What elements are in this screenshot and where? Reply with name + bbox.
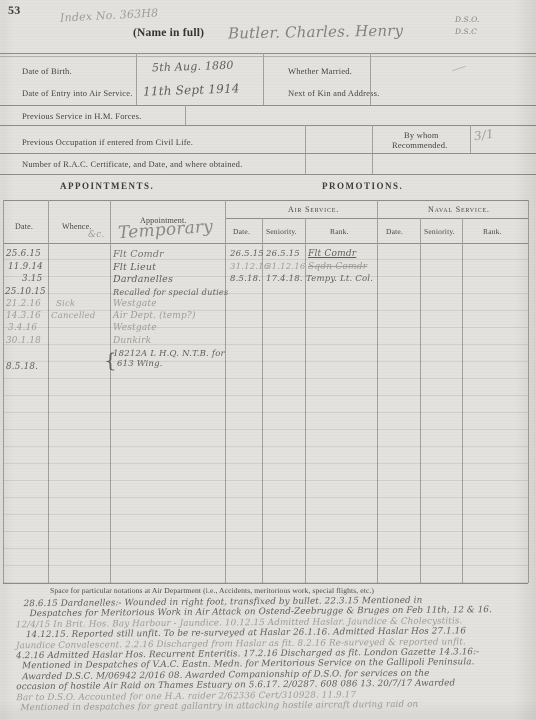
rule [3, 243, 528, 244]
appt-value-line2: 613 Wing. [117, 359, 163, 369]
grid-line [462, 218, 463, 583]
col-air-rank: Rank. [330, 227, 349, 236]
appt-value: Westgate [113, 323, 157, 333]
appt-value: Flt Comdr [113, 249, 164, 260]
promo-date: 31.12.16 [230, 262, 269, 272]
grid-line [136, 53, 137, 105]
appt-date: 8.5.18. [6, 362, 38, 372]
grid-line [305, 125, 306, 174]
appt-date: 14.3.16 [6, 311, 41, 321]
promo-rank: Sqdn Comdr [308, 262, 367, 272]
table-top-rule [3, 200, 528, 201]
col-air-seniority: Seniority. [266, 227, 297, 236]
appt-date: 3.15 [22, 274, 42, 284]
appt-value: Air Dept. (temp?) [113, 311, 196, 321]
dob-value: 5th Aug. 1880 [152, 59, 234, 75]
appt-date: 30.1.18 [6, 336, 41, 346]
prev-service-label: Previous Service in H.M. Forces. [22, 111, 141, 121]
appt-value: Dunkirk [113, 336, 151, 346]
grid-line [110, 200, 111, 583]
married-label: Whether Married. [288, 66, 352, 76]
entry-value: 11th Sept 1914 [143, 81, 240, 98]
col-naval-rank: Rank. [483, 227, 502, 236]
dob-label: Date of Birth. [22, 66, 72, 76]
col-naval-date: Date. [386, 227, 403, 236]
grid-line [263, 53, 264, 105]
appt-date: 21.2.16 [6, 299, 41, 309]
appt-value: Recalled for special duties [113, 287, 228, 297]
rule [0, 56, 536, 57]
grid-line [370, 53, 371, 105]
appt-date: 25.6.15 [6, 249, 46, 259]
rule [0, 174, 536, 175]
col-air-date: Date. [233, 227, 250, 236]
appt-value: Westgate [113, 299, 157, 309]
grid-line [225, 200, 226, 583]
nok-label: Next of Kin and Address. [288, 88, 379, 98]
appointments-title: APPOINTMENTS. [60, 181, 154, 191]
appointment-note: Temporary [117, 217, 213, 244]
grid-line [372, 125, 373, 174]
promo-seniority: 17.4.18. [266, 274, 303, 284]
appt-whence: Sick [56, 299, 75, 309]
index-number: Index No. 363H8 [60, 6, 159, 24]
appt-date: 11.9.14 [8, 262, 43, 272]
rule [0, 153, 536, 154]
ledger-ruling [3, 243, 528, 583]
promo-date: 26.5.15 [230, 249, 264, 259]
promo-seniority: 26.5.15 [266, 249, 300, 259]
recommended-value: 3/1 [473, 127, 495, 144]
faint-pencil-mark [452, 66, 466, 71]
appt-date: 25.10.15 [5, 287, 46, 297]
rule [0, 125, 536, 126]
rac-label: Number of R.A.C. Certificate, and Date, … [22, 159, 242, 169]
appt-value: Dardanelles [113, 274, 173, 285]
grid-line [185, 105, 186, 125]
promo-date: 8.5.18. [230, 274, 261, 284]
col-naval-service: Naval Service. [428, 205, 490, 214]
grid-line [420, 218, 421, 583]
prev-occupation-label: Previous Occupation if entered from Civi… [22, 137, 193, 147]
promotions-title: PROMOTIONS. [322, 181, 403, 191]
name-label: (Name in full) [133, 27, 204, 39]
appt-value: 18212A L H.Q. N.T.B. for [113, 349, 225, 359]
grid-line [305, 218, 306, 583]
recommended-label-2: Recommended. [392, 140, 448, 150]
recommended-label-1: By whom [404, 130, 439, 140]
table-bottom-rule [3, 583, 528, 584]
col-date: Date. [15, 222, 33, 231]
honour-dso: D.S.O. [455, 15, 480, 24]
rule [0, 53, 536, 54]
promo-rank: Tempy. Lt. Col. [306, 274, 373, 284]
entry-label: Date of Entry into Air Service. [22, 88, 133, 98]
service-record-page: 53 Index No. 363H8 (Name in full) Butler… [0, 0, 536, 720]
whence-note: &c. [88, 230, 105, 240]
page-number: 53 [8, 3, 20, 18]
appt-date: 3.4.16 [8, 323, 37, 333]
grid-line [48, 200, 49, 583]
grid-line [3, 200, 4, 583]
notations-block: 28.6.15 Dardanelles:- Wounded in right f… [16, 595, 533, 714]
grid-line [528, 200, 529, 583]
honour-dsc: D.S.C [455, 27, 477, 36]
grid-line [262, 218, 263, 583]
grid-line [377, 200, 378, 583]
promo-rank: Flt Comdr [308, 249, 356, 259]
notations-caption: Space for particular notations at Air De… [50, 586, 374, 595]
col-naval-seniority: Seniority. [424, 227, 455, 236]
col-air-service: Air Service. [288, 205, 339, 214]
appt-value: Flt Lieut [113, 262, 156, 273]
rule [0, 105, 536, 106]
name-value: Butler. Charles. Henry [228, 21, 404, 42]
appt-whence: Cancelled [51, 311, 96, 321]
grid-line [470, 125, 471, 153]
promo-seniority: 31.12.16 [266, 262, 305, 272]
